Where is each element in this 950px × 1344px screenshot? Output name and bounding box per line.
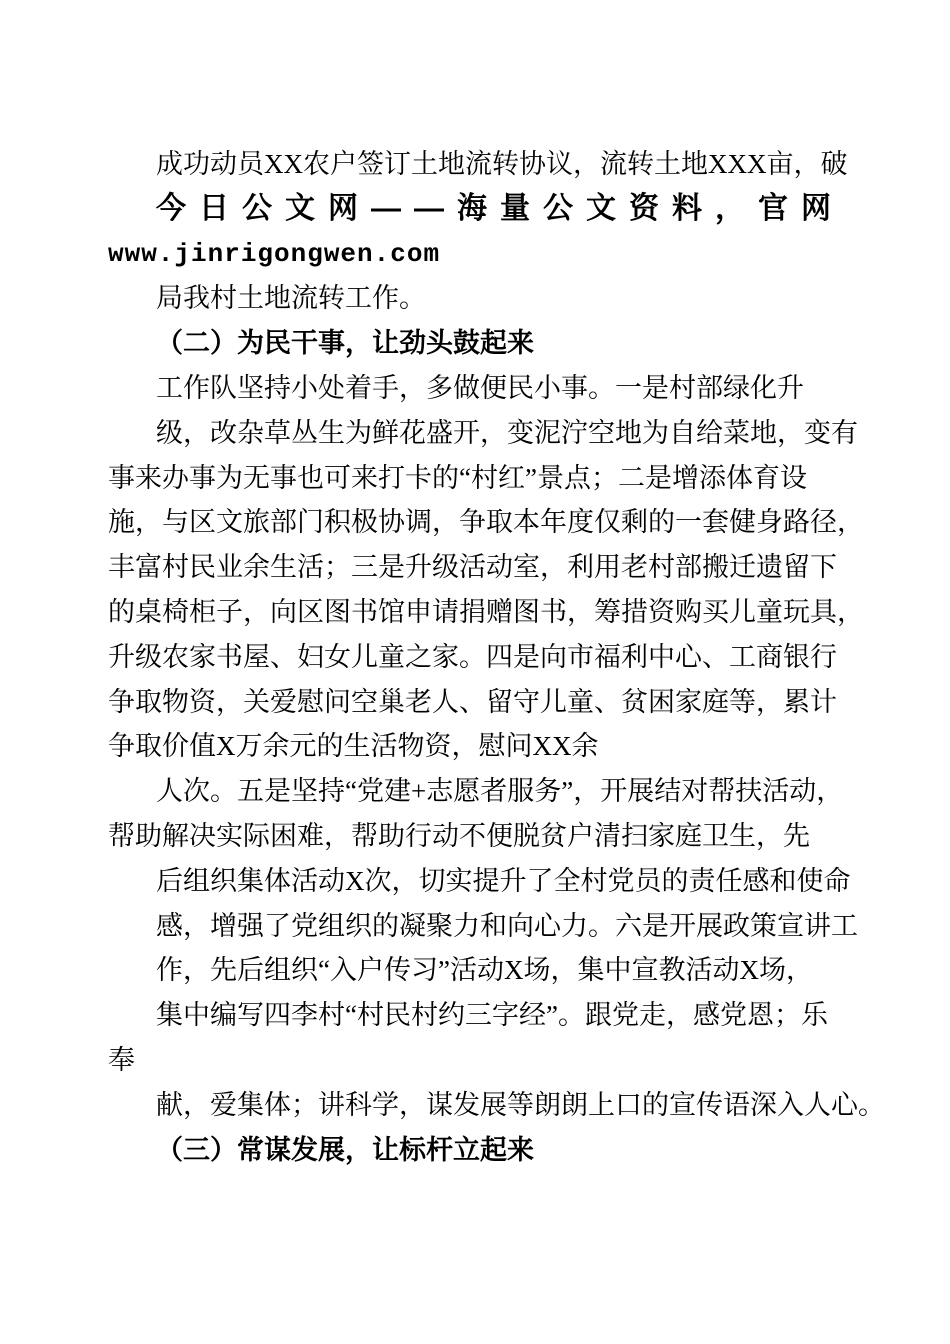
paragraph-line: 奉	[108, 1038, 842, 1083]
watermark-banner: 今日公文网——海量公文资料，官网	[108, 187, 842, 232]
paragraph-line: 帮助解决实际困难，帮助行动不便脱贫户清扫家庭卫生，先	[108, 814, 842, 859]
paragraph-line: 争取物资，关爱慰问空巢老人、留守儿童、贫困家庭等，累计	[108, 680, 842, 725]
document-page: 成功动员XX农户签订土地流转协议，流转土地XXX亩，破 今日公文网——海量公文资…	[0, 0, 950, 1344]
paragraph-line: 集中编写四李村“村民村约三字经”。跟党走，感党恩；乐	[108, 993, 842, 1038]
watermark-url: www.jinrigongwen.com	[108, 232, 842, 277]
paragraph-line: 成功动员XX农户签订土地流转协议，流转土地XXX亩，破	[108, 142, 842, 187]
paragraph-line: 的桌椅柜子，向区图书馆申请捐赠图书，筹措资购买儿童玩具，	[108, 590, 842, 635]
paragraph-line: 感，增强了党组织的凝聚力和向心力。六是开展政策宣讲工	[108, 904, 842, 949]
paragraph-line: 丰富村民业余生活；三是升级活动室，利用老村部搬迁遗留下	[108, 545, 842, 590]
paragraph-line: 局我村土地流转工作。	[108, 276, 842, 321]
paragraph-line: 施，与区文旅部门积极协调，争取本年度仅剩的一套健身路径，	[108, 500, 842, 545]
section-heading-2: （二）为民干事，让劲头鼓起来	[108, 321, 842, 366]
paragraph-line: 升级农家书屋、妇女儿童之家。四是向市福利中心、工商银行	[108, 635, 842, 680]
paragraph-line: 人次。五是坚持“党建+志愿者服务”，开展结对帮扶活动，	[108, 769, 842, 814]
paragraph-line: 后组织集体活动X次，切实提升了全村党员的责任感和使命	[108, 859, 842, 904]
paragraph-line: 争取价值X万余元的生活物资，慰问XX余	[108, 724, 842, 769]
paragraph-line: 献，爱集体；讲科学，谋发展等朗朗上口的宣传语深入人心。	[108, 1083, 842, 1128]
paragraph-line: 级，改杂草丛生为鲜花盛开，变泥泞空地为自给菜地，变有	[108, 411, 842, 456]
paragraph-line: 事来办事为无事也可来打卡的“村红”景点；二是增添体育设	[108, 456, 842, 501]
paragraph-line: 作，先后组织“入户传习”活动X场，集中宣教活动X场，	[108, 948, 842, 993]
paragraph-line: 工作队坚持小处着手，多做便民小事。一是村部绿化升	[108, 366, 842, 411]
section-heading-3: （三）常谋发展，让标杆立起来	[108, 1128, 842, 1173]
